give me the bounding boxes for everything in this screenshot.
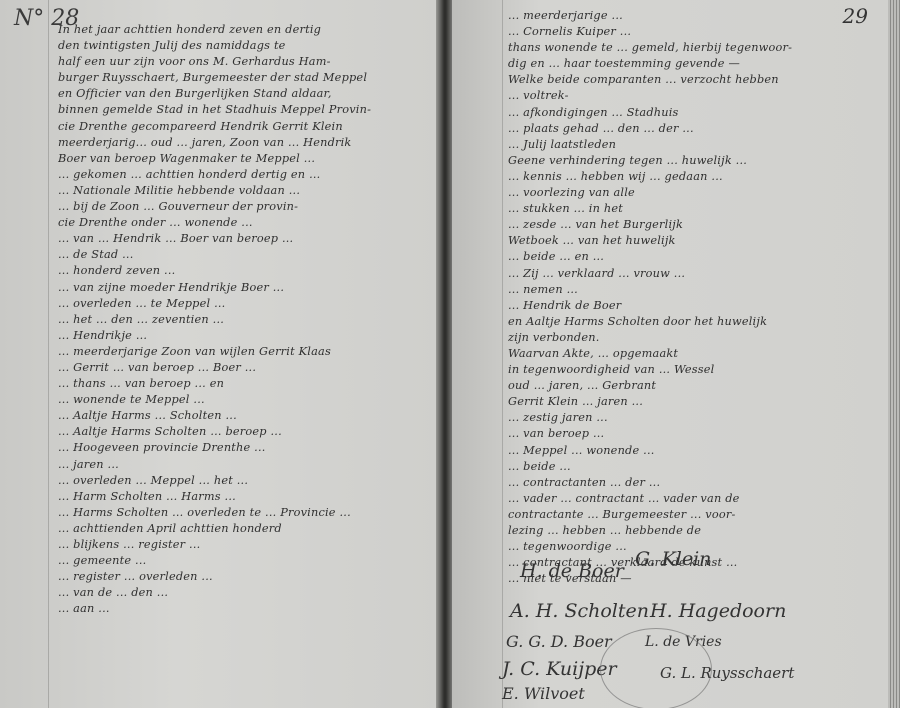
handwritten-line: ... Harms Scholten ... overleden te ... …	[58, 505, 436, 521]
handwritten-line: ... beide ...	[508, 459, 880, 475]
handwritten-line: ... overleden ... Meppel ... het ...	[58, 473, 436, 489]
handwritten-line: dig en ... haar toestemming gevende —	[508, 56, 880, 72]
handwritten-line: ... Hendrik de Boer	[508, 298, 880, 314]
open-register-book: N° 28 In het jaar achttien honderd zeven…	[0, 0, 900, 708]
handwritten-line: ... zesde ... van het Burgerlijk	[508, 217, 880, 233]
handwritten-line: In het jaar achttien honderd zeven en de…	[58, 22, 436, 38]
handwritten-line: ... voltrek-	[508, 88, 880, 104]
handwritten-line: Welke beide comparanten ... verzocht heb…	[508, 72, 880, 88]
handwritten-line: ... Aaltje Harms Scholten ... beroep ...	[58, 424, 436, 440]
handwritten-line: ... de Stad ...	[58, 247, 436, 263]
handwritten-line: ... Julij laatstleden	[508, 137, 880, 153]
handwritten-line: ... afkondigingen ... Stadhuis	[508, 105, 880, 121]
handwritten-line: ... van beroep ...	[508, 426, 880, 442]
handwritten-line: in tegenwoordigheid van ... Wessel	[508, 362, 880, 378]
handwritten-line: ... aan ...	[58, 601, 436, 617]
signatures-block: H. de Boer G. Klein A. H. Scholten H. Ha…	[500, 548, 880, 708]
handwritten-line: ... Gerrit ... van beroep ... Boer ...	[58, 360, 436, 376]
handwritten-line: zijn verbonden.	[508, 330, 880, 346]
signature-flourish	[600, 628, 712, 708]
handwritten-line: ... Cornelis Kuiper ...	[508, 24, 880, 40]
handwritten-line: half een uur zijn voor ons M. Gerhardus …	[58, 54, 436, 70]
handwritten-line: ... stukken ... in het	[508, 201, 880, 217]
handwritten-line: ... wonende te Meppel ...	[58, 392, 436, 408]
right-page-text: ... meerderjarige ...... Cornelis Kuiper…	[508, 8, 880, 587]
handwritten-line: ... het ... den ... zeventien ...	[58, 312, 436, 328]
handwritten-line: oud ... jaren, ... Gerbrant	[508, 378, 880, 394]
handwritten-line: ... van zijne moeder Hendrikje Boer ...	[58, 280, 436, 296]
handwritten-line: ... achttienden April achttien honderd	[58, 521, 436, 537]
handwritten-line: ... Hoogeveen provincie Drenthe ...	[58, 440, 436, 456]
handwritten-line: ... gemeente ...	[58, 553, 436, 569]
left-page-text: In het jaar achttien honderd zeven en de…	[58, 22, 436, 617]
handwritten-line: ... honderd zeven ...	[58, 263, 436, 279]
handwritten-line: ... gekomen ... achttien honderd dertig …	[58, 167, 436, 183]
margin-line	[48, 0, 49, 708]
signature: G. Klein	[635, 548, 711, 570]
handwritten-line: ... Harm Scholten ... Harms ...	[58, 489, 436, 505]
handwritten-line: ... Meppel ... wonende ...	[508, 443, 880, 459]
handwritten-line: ... voorlezing van alle	[508, 185, 880, 201]
signature: G. G. D. Boer	[506, 632, 612, 651]
handwritten-line: den twintigsten Julij des namiddags te	[58, 38, 436, 54]
handwritten-line: ... meerderjarige ...	[508, 8, 880, 24]
handwritten-line: Waarvan Akte, ... opgemaakt	[508, 346, 880, 362]
handwritten-line: binnen gemelde Stad in het Stadhuis Mepp…	[58, 102, 436, 118]
handwritten-line: ... blijkens ... register ...	[58, 537, 436, 553]
handwritten-line: burger Ruysschaert, Burgemeester der sta…	[58, 70, 436, 86]
right-page: 29 ... meerderjarige ...... Cornelis Kui…	[452, 0, 890, 708]
handwritten-line: ... beide ... en ...	[508, 249, 880, 265]
handwritten-line: ... kennis ... hebben wij ... gedaan ...	[508, 169, 880, 185]
handwritten-line: Gerrit Klein ... jaren ...	[508, 394, 880, 410]
signature: E. Wilvoet	[502, 684, 585, 703]
handwritten-line: ... overleden ... te Meppel ...	[58, 296, 436, 312]
handwritten-line: Wetboek ... van het huwelijk	[508, 233, 880, 249]
handwritten-line: ... van ... Hendrik ... Boer van beroep …	[58, 231, 436, 247]
handwritten-line: ... vader ... contractant ... vader van …	[508, 491, 880, 507]
handwritten-line: en Aaltje Harms Scholten door het huweli…	[508, 314, 880, 330]
signature: A. H. Scholten	[510, 600, 649, 622]
signature: H. de Boer	[520, 560, 624, 582]
handwritten-line: ... Hendrikje ...	[58, 328, 436, 344]
handwritten-line: ... bij de Zoon ... Gouverneur der provi…	[58, 199, 436, 215]
handwritten-line: ... van de ... den ...	[58, 585, 436, 601]
handwritten-line: ... jaren ...	[58, 457, 436, 473]
handwritten-line: ... Zij ... verklaard ... vrouw ...	[508, 266, 880, 282]
handwritten-line: cie Drenthe gecompareerd Hendrik Gerrit …	[58, 119, 436, 135]
handwritten-line: meerderjarig... oud ... jaren, Zoon van …	[58, 135, 436, 151]
page-edges	[888, 0, 900, 708]
handwritten-line: ... Aaltje Harms ... Scholten ...	[58, 408, 436, 424]
handwritten-line: thans wonende te ... gemeld, hierbij teg…	[508, 40, 880, 56]
handwritten-line: ... thans ... van beroep ... en	[58, 376, 436, 392]
handwritten-line: Geene verhindering tegen ... huwelijk ..…	[508, 153, 880, 169]
handwritten-line: ... zestig jaren ...	[508, 410, 880, 426]
handwritten-line: cie Drenthe onder ... wonende ...	[58, 215, 436, 231]
handwritten-line: en Officier van den Burgerlijken Stand a…	[58, 86, 436, 102]
handwritten-line: ... contractanten ... der ...	[508, 475, 880, 491]
handwritten-line: ... Nationale Militie hebbende voldaan .…	[58, 183, 436, 199]
left-page: N° 28 In het jaar achttien honderd zeven…	[0, 0, 440, 708]
handwritten-line: ... meerderjarige Zoon van wijlen Gerrit…	[58, 344, 436, 360]
signature: H. Hagedoorn	[650, 600, 786, 622]
handwritten-line: ... plaats gehad ... den ... der ...	[508, 121, 880, 137]
handwritten-line: Boer van beroep Wagenmaker te Meppel ...	[58, 151, 436, 167]
handwritten-line: ... register ... overleden ...	[58, 569, 436, 585]
handwritten-line: ... nemen ...	[508, 282, 880, 298]
handwritten-line: lezing ... hebben ... hebbende de	[508, 523, 880, 539]
handwritten-line: contractante ... Burgemeester ... voor-	[508, 507, 880, 523]
